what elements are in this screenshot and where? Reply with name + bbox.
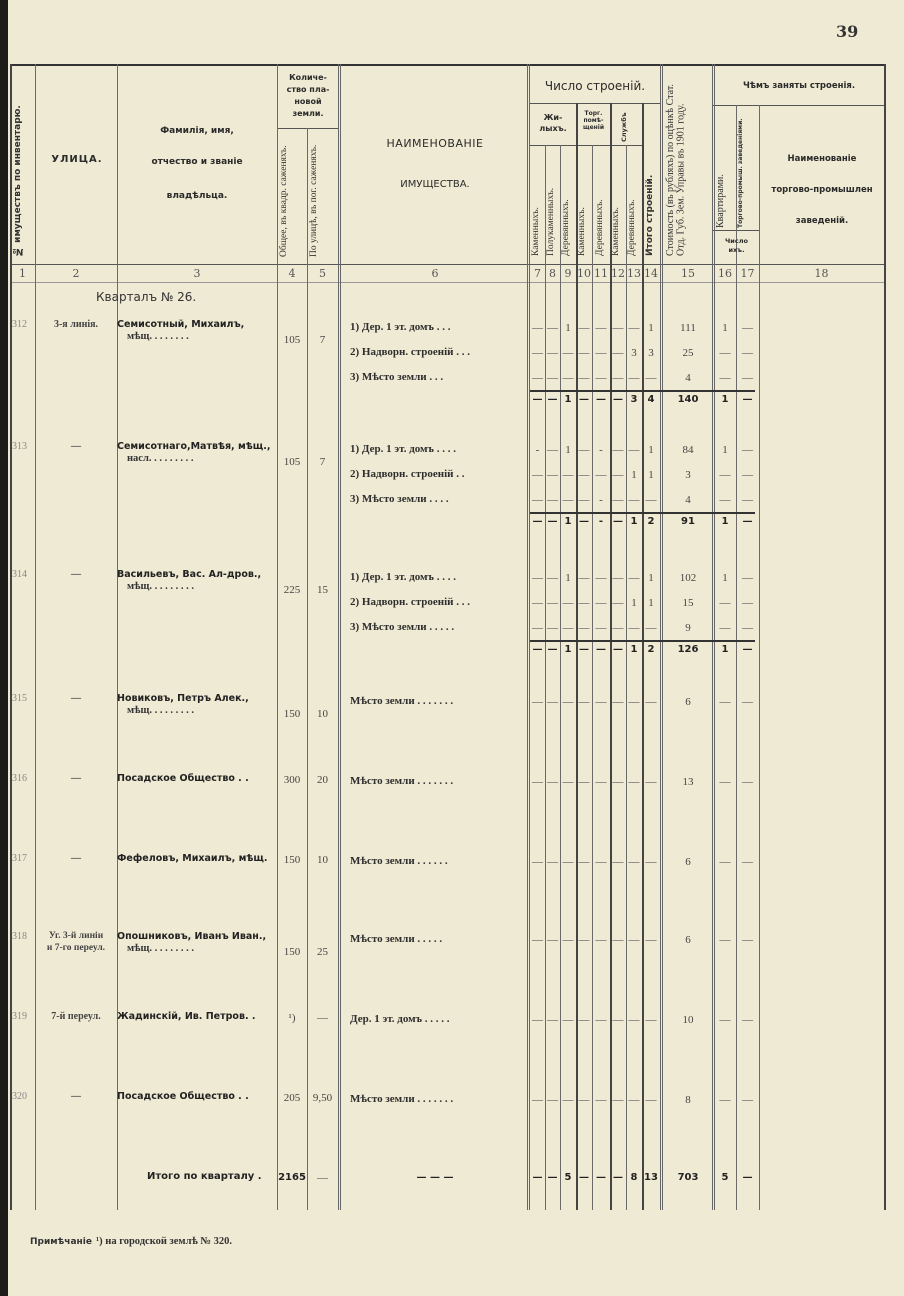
owner-name: Опошниковъ, Иванъ Иван.,: [117, 932, 266, 942]
count-c10: —: [576, 572, 592, 584]
count-c17: —: [736, 934, 759, 946]
quarter-total-frontage: —: [307, 1172, 338, 1184]
count-c11: —: [592, 696, 610, 708]
subtotal-c7: —: [530, 394, 545, 405]
count-c11: —: [592, 347, 610, 359]
property-item: 3) Мѣсто земли . . . .: [350, 494, 449, 505]
header-col8: Полукаменныхъ.: [547, 150, 557, 256]
count-c15: 25: [664, 347, 712, 359]
count-c17: —: [736, 469, 759, 481]
count-c9: —: [560, 1014, 576, 1026]
land-frontage: 25: [307, 946, 338, 958]
header-land-group-l2: ство пла-: [278, 86, 338, 94]
subtotal-c8: —: [545, 516, 560, 527]
count-c15: 13: [664, 776, 712, 788]
count-c16: —: [714, 372, 736, 384]
count-c17: —: [736, 347, 759, 359]
subtotal-c14: 4: [642, 394, 660, 405]
subtotal-c15: 126: [664, 644, 712, 655]
count-c17: —: [736, 597, 759, 609]
count-c7: —: [530, 934, 545, 946]
count-c8: —: [545, 1014, 560, 1026]
land-area: 150: [277, 946, 307, 958]
header-col1-inventory-no: № имуществъ по инвентарю.: [14, 78, 23, 256]
header-buildings-group: Число строеній.: [530, 80, 660, 92]
header-residential-l1: Жи-: [530, 114, 576, 122]
count-c16: —: [714, 1094, 736, 1106]
count-c7: —: [530, 776, 545, 788]
land-frontage: 9,50: [307, 1092, 338, 1104]
header-occupied-group: Чѣмъ заняты строенія.: [714, 82, 884, 91]
owner-title: мѣщ. . . . . . . . .: [127, 706, 194, 717]
count-c8: —: [545, 934, 560, 946]
owner-name: Семисотнаго,Матвѣя, мѣщ.,: [117, 442, 270, 452]
column-rule: [545, 145, 546, 1210]
column-number: 9: [560, 268, 576, 279]
owner-title: мѣщ. . . . . . . . .: [127, 944, 194, 955]
header-land-group-l3: новой: [278, 98, 338, 106]
count-c15: 102: [664, 572, 712, 584]
count-c10: —: [576, 372, 592, 384]
subtotal-c11: —: [592, 394, 610, 405]
count-c13: 3: [626, 347, 642, 359]
land-area: 300: [277, 774, 307, 786]
property-item: 3) Мѣсто земли . . . . .: [350, 622, 454, 633]
street-name: Уг. 3-й линіи: [36, 932, 116, 942]
subtotal-c8: —: [545, 394, 560, 405]
subtotal-c12: —: [610, 394, 626, 405]
count-c13: —: [626, 696, 642, 708]
count-c16: —: [714, 1014, 736, 1026]
count-c17: —: [736, 444, 759, 456]
count-c15: 6: [664, 934, 712, 946]
colnum-bottom-line: [10, 282, 884, 283]
owner-title: мѣщ. . . . . . . . .: [127, 582, 194, 593]
subtotal-rule: [530, 390, 755, 392]
subtotal-c9: 1: [560, 644, 576, 655]
count-c11: —: [592, 322, 610, 334]
count-c7: —: [530, 1014, 545, 1026]
count-c12: —: [610, 444, 626, 456]
column-number: 8: [545, 268, 560, 279]
count-c12: —: [610, 776, 626, 788]
count-c15: 8: [664, 1094, 712, 1106]
column-number: 10: [576, 268, 592, 279]
subtotal-c14: 2: [642, 516, 660, 527]
header-col15-value: Стоимость (въ рубляхъ) по оцѣнкѣ Стат. О…: [666, 72, 710, 256]
header-col14-total: Итого строеній.: [646, 150, 655, 256]
column-number: 11: [592, 268, 610, 279]
header-col12: Каменныхъ.: [612, 150, 622, 256]
column-number: 6: [343, 268, 527, 279]
count-c14: —: [642, 372, 660, 384]
quarter-total-c8: —: [545, 1172, 560, 1183]
count-c12: —: [610, 494, 626, 506]
column-rule: [338, 64, 341, 1210]
count-c10: —: [576, 494, 592, 506]
table-top-border: [10, 64, 884, 66]
count-c14: —: [642, 1094, 660, 1106]
count-c16: —: [714, 856, 736, 868]
count-c13: —: [626, 444, 642, 456]
count-c12: —: [610, 469, 626, 481]
count-c14: 1: [642, 469, 660, 481]
land-area: 105: [277, 456, 307, 468]
quarter-total-c17: —: [736, 1172, 759, 1183]
land-area: 150: [277, 854, 307, 866]
count-c7: —: [530, 347, 545, 359]
count-c17: —: [736, 572, 759, 584]
count-c10: —: [576, 934, 592, 946]
header-col3-owner-l1: Фамилія, имя,: [118, 127, 276, 136]
count-c7: —: [530, 572, 545, 584]
quarter-total-c7: —: [530, 1172, 545, 1183]
count-c9: —: [560, 372, 576, 384]
land-area: 205: [277, 1092, 307, 1104]
count-c16: —: [714, 494, 736, 506]
column-rule: [117, 64, 118, 1210]
count-c15: 10: [664, 1014, 712, 1026]
count-c7: -: [530, 444, 545, 456]
property-item: 1) Дер. 1 эт. домъ . . . .: [350, 444, 456, 455]
quarter-total-c11: —: [592, 1172, 610, 1183]
count-c13: —: [626, 856, 642, 868]
count-c9: —: [560, 622, 576, 634]
count-c8: —: [545, 622, 560, 634]
book-spine-shadow: [0, 0, 8, 1296]
header-col10: Каменныхъ.: [578, 150, 588, 256]
count-c13: —: [626, 494, 642, 506]
subtotal-c16: 1: [714, 516, 736, 527]
count-c17: —: [736, 622, 759, 634]
land-frontage: 10: [307, 854, 338, 866]
street-name-line2: и 7-го переул.: [36, 944, 116, 954]
count-c11: -: [592, 494, 610, 506]
count-c12: —: [610, 1014, 626, 1026]
column-number: 4: [277, 268, 307, 279]
subtotal-c16: 1: [714, 644, 736, 655]
count-c8: —: [545, 572, 560, 584]
subtotal-c9: 1: [560, 516, 576, 527]
count-c12: —: [610, 322, 626, 334]
street-name: —: [36, 442, 116, 452]
header-col7: Каменныхъ.: [532, 150, 542, 256]
count-c12: —: [610, 856, 626, 868]
property-item: 1) Дер. 1 эт. домъ . . .: [350, 322, 450, 333]
column-rule: [660, 64, 663, 1210]
count-c14: —: [642, 494, 660, 506]
subtotal-c14: 2: [642, 644, 660, 655]
count-c16: —: [714, 597, 736, 609]
street-name: —: [36, 570, 116, 580]
count-c16: —: [714, 776, 736, 788]
header-col6-property-l1: НАИМЕНОВАНІЕ: [343, 138, 527, 149]
subtotal-c9: 1: [560, 394, 576, 405]
count-c16: —: [714, 347, 736, 359]
owner-name: Жадинскій, Ив. Петров. .: [117, 1012, 255, 1022]
owner-name: Фефеловъ, Михаилъ, мѣщ.: [117, 854, 267, 864]
column-rule: [307, 128, 308, 1210]
count-c11: —: [592, 1094, 610, 1106]
header-col3-owner-l2: отчество и званіе: [118, 158, 276, 167]
header-trade-l3: щеній: [577, 125, 610, 131]
count-c15: 84: [664, 444, 712, 456]
count-c16: 1: [714, 444, 736, 456]
quarter-total-property: — — —: [343, 1172, 527, 1183]
subtotal-c15: 91: [664, 516, 712, 527]
land-area: 150: [277, 708, 307, 720]
count-c9: —: [560, 856, 576, 868]
inventory-number: 320: [12, 1092, 27, 1102]
count-c12: —: [610, 597, 626, 609]
count-c7: —: [530, 322, 545, 334]
count-c8: —: [545, 1094, 560, 1106]
count-c14: —: [642, 1014, 660, 1026]
column-number: 3: [117, 268, 277, 279]
count-c7: —: [530, 494, 545, 506]
subtotal-c10: —: [576, 516, 592, 527]
count-c13: 1: [626, 469, 642, 481]
property-item: 1) Дер. 1 эт. домъ . . . .: [350, 572, 456, 583]
subtotal-c11: —: [592, 644, 610, 655]
count-c17: —: [736, 856, 759, 868]
property-item: 2) Надворн. строеній . .: [350, 469, 465, 480]
header-col9: Деревянныхъ.: [562, 150, 572, 256]
property-item: 3) Мѣсто земли . . .: [350, 372, 443, 383]
count-c17: —: [736, 372, 759, 384]
count-c13: 1: [626, 597, 642, 609]
property-item: Дер. 1 эт. домъ . . . . .: [350, 1014, 450, 1025]
header-col6-property-l2: ИМУЩЕСТВА.: [343, 180, 527, 190]
count-c10: —: [576, 622, 592, 634]
subtotal-c8: —: [545, 644, 560, 655]
property-item: Мѣсто земли . . . . . . .: [350, 1094, 453, 1105]
count-c16: —: [714, 934, 736, 946]
header-col11: Деревянныхъ.: [596, 150, 606, 256]
count-c13: —: [626, 322, 642, 334]
column-rule: [884, 64, 886, 1210]
column-rule: [626, 145, 627, 1210]
quarter-total-c10: —: [576, 1172, 592, 1183]
count-c15: 15: [664, 597, 712, 609]
subtotal-c10: —: [576, 644, 592, 655]
count-c12: —: [610, 696, 626, 708]
buildings-group-divider: [529, 103, 660, 104]
property-item: Мѣсто земли . . . . . . .: [350, 696, 453, 707]
property-item: 2) Надворн. строеній . . .: [350, 347, 470, 358]
count-c9: —: [560, 776, 576, 788]
count-c7: —: [530, 597, 545, 609]
count-c15: 4: [664, 494, 712, 506]
count-c8: —: [545, 856, 560, 868]
street-name: —: [36, 694, 116, 704]
quarter-total-c15: 703: [664, 1172, 712, 1183]
land-frontage: 15: [307, 584, 338, 596]
land-frontage: —: [307, 1012, 338, 1024]
subtotal-c17: —: [736, 516, 759, 527]
count-c11: —: [592, 622, 610, 634]
column-number: 2: [35, 268, 117, 279]
count-c8: —: [545, 469, 560, 481]
quarter-total-c12: —: [610, 1172, 626, 1183]
column-rule: [592, 145, 593, 1210]
count-c16: 1: [714, 572, 736, 584]
street-name: 7-й переул.: [36, 1012, 116, 1022]
count-c9: —: [560, 469, 576, 481]
count-c12: —: [610, 347, 626, 359]
count-c15: 6: [664, 696, 712, 708]
count-c7: —: [530, 372, 545, 384]
count-c9: —: [560, 347, 576, 359]
count-c14: —: [642, 776, 660, 788]
subtotal-c13: 1: [626, 644, 642, 655]
header-service: Службъ: [621, 108, 628, 142]
header-count-l1: Число: [714, 238, 759, 245]
count-c9: —: [560, 696, 576, 708]
land-area: 225: [277, 584, 307, 596]
count-c12: —: [610, 372, 626, 384]
header-col13: Деревянныхъ.: [628, 150, 638, 256]
column-number: 16: [714, 268, 736, 279]
count-c12: —: [610, 1094, 626, 1106]
count-c13: —: [626, 934, 642, 946]
count-c16: 1: [714, 322, 736, 334]
column-rule: [712, 64, 715, 1210]
count-c14: 1: [642, 597, 660, 609]
land-area: 105: [277, 334, 307, 346]
street-name: —: [36, 854, 116, 864]
land-frontage: 7: [307, 334, 338, 346]
count-c9: 1: [560, 572, 576, 584]
owner-title: насл. . . . . . . . .: [127, 454, 193, 465]
header-col4-area: Общее, въ квадр. саженяхъ.: [280, 145, 290, 257]
count-c13: —: [626, 572, 642, 584]
count-c14: —: [642, 856, 660, 868]
count-c9: 1: [560, 444, 576, 456]
count-c10: —: [576, 469, 592, 481]
column-number: 13: [626, 268, 642, 279]
count-c10: —: [576, 696, 592, 708]
count-c13: —: [626, 622, 642, 634]
count-c11: —: [592, 597, 610, 609]
count-c9: —: [560, 597, 576, 609]
owner-name: Посадское Общество . .: [117, 774, 249, 784]
count-c8: —: [545, 494, 560, 506]
header-col18-l2: торгово-промышлен: [760, 186, 884, 195]
count-c7: —: [530, 856, 545, 868]
count-c15: 3: [664, 469, 712, 481]
subtotal-c13: 1: [626, 516, 642, 527]
count-c17: —: [736, 776, 759, 788]
count-c10: —: [576, 322, 592, 334]
count-c9: —: [560, 934, 576, 946]
count-c15: 111: [664, 322, 712, 334]
header-col17-trade: Торгово-промыш. заведеніями.: [738, 110, 756, 228]
column-rule: [10, 64, 12, 1210]
inventory-number: 313: [12, 442, 27, 452]
header-col16-apartments: Квартирами.: [716, 110, 727, 228]
inventory-number: 312: [12, 320, 27, 330]
count-c13: —: [626, 1094, 642, 1106]
column-rule: [277, 64, 278, 1210]
count-c13: —: [626, 776, 642, 788]
count-c7: —: [530, 1094, 545, 1106]
column-rule: [560, 145, 561, 1210]
count-c8: —: [545, 372, 560, 384]
column-number: 1: [10, 268, 35, 279]
count-c10: —: [576, 1014, 592, 1026]
count-c11: —: [592, 934, 610, 946]
column-number: 18: [759, 268, 884, 279]
page-number: 39: [836, 24, 858, 40]
subtotal-c13: 3: [626, 394, 642, 405]
count-c11: —: [592, 572, 610, 584]
quarter-total-area: 2165: [277, 1172, 307, 1183]
inventory-number: 319: [12, 1012, 27, 1022]
count-c10: —: [576, 347, 592, 359]
count-c10: —: [576, 597, 592, 609]
count-c11: —: [592, 776, 610, 788]
column-number: 17: [736, 268, 759, 279]
count-c10: —: [576, 1094, 592, 1106]
owner-name: Новиковъ, Петръ Алек.,: [117, 694, 249, 704]
count-c8: —: [545, 347, 560, 359]
header-col18-l1: Наименованіе: [760, 155, 884, 164]
column-number: 5: [307, 268, 338, 279]
header-residential-l2: лыхъ.: [530, 125, 576, 133]
count-c10: —: [576, 776, 592, 788]
footnote-text: ¹) на городской землѣ № 320.: [96, 1237, 232, 1248]
subtotal-c10: —: [576, 394, 592, 405]
column-number: 12: [610, 268, 626, 279]
count-c14: —: [642, 934, 660, 946]
count-c8: —: [545, 776, 560, 788]
count-c7: —: [530, 622, 545, 634]
header-col3-owner-l3: владѣльца.: [118, 192, 276, 201]
count-c17: —: [736, 322, 759, 334]
subtotal-c17: —: [736, 644, 759, 655]
street-name: —: [36, 1092, 116, 1102]
count-c8: —: [545, 322, 560, 334]
count-c8: —: [545, 444, 560, 456]
street-name: —: [36, 774, 116, 784]
quarter-title: Кварталъ № 26.: [96, 291, 196, 303]
count-c16: —: [714, 696, 736, 708]
street-name: 3-я линія.: [36, 320, 116, 330]
subtotal-c11: -: [592, 516, 610, 527]
header-count-l2: ихъ.: [714, 247, 759, 254]
column-number: 7: [530, 268, 545, 279]
count-c8: —: [545, 696, 560, 708]
count-c16: —: [714, 469, 736, 481]
subtotal-c12: —: [610, 516, 626, 527]
count-c9: 1: [560, 322, 576, 334]
count-c13: —: [626, 1014, 642, 1026]
inventory-number: 318: [12, 932, 27, 942]
quarter-total-c9: 5: [560, 1172, 576, 1183]
subtotal-rule: [530, 640, 755, 642]
count-c15: 9: [664, 622, 712, 634]
header-bottom-line: [10, 264, 884, 265]
count-c14: —: [642, 622, 660, 634]
owner-title: мѣщ. . . . . . . .: [127, 332, 189, 343]
land-frontage: 10: [307, 708, 338, 720]
header-col5-frontage: По улицѣ, въ пог. саженяхъ.: [310, 145, 320, 257]
count-c11: —: [592, 1014, 610, 1026]
inventory-number: 316: [12, 774, 27, 784]
inventory-number: 315: [12, 694, 27, 704]
header-land-group-l4: земли.: [278, 110, 338, 118]
